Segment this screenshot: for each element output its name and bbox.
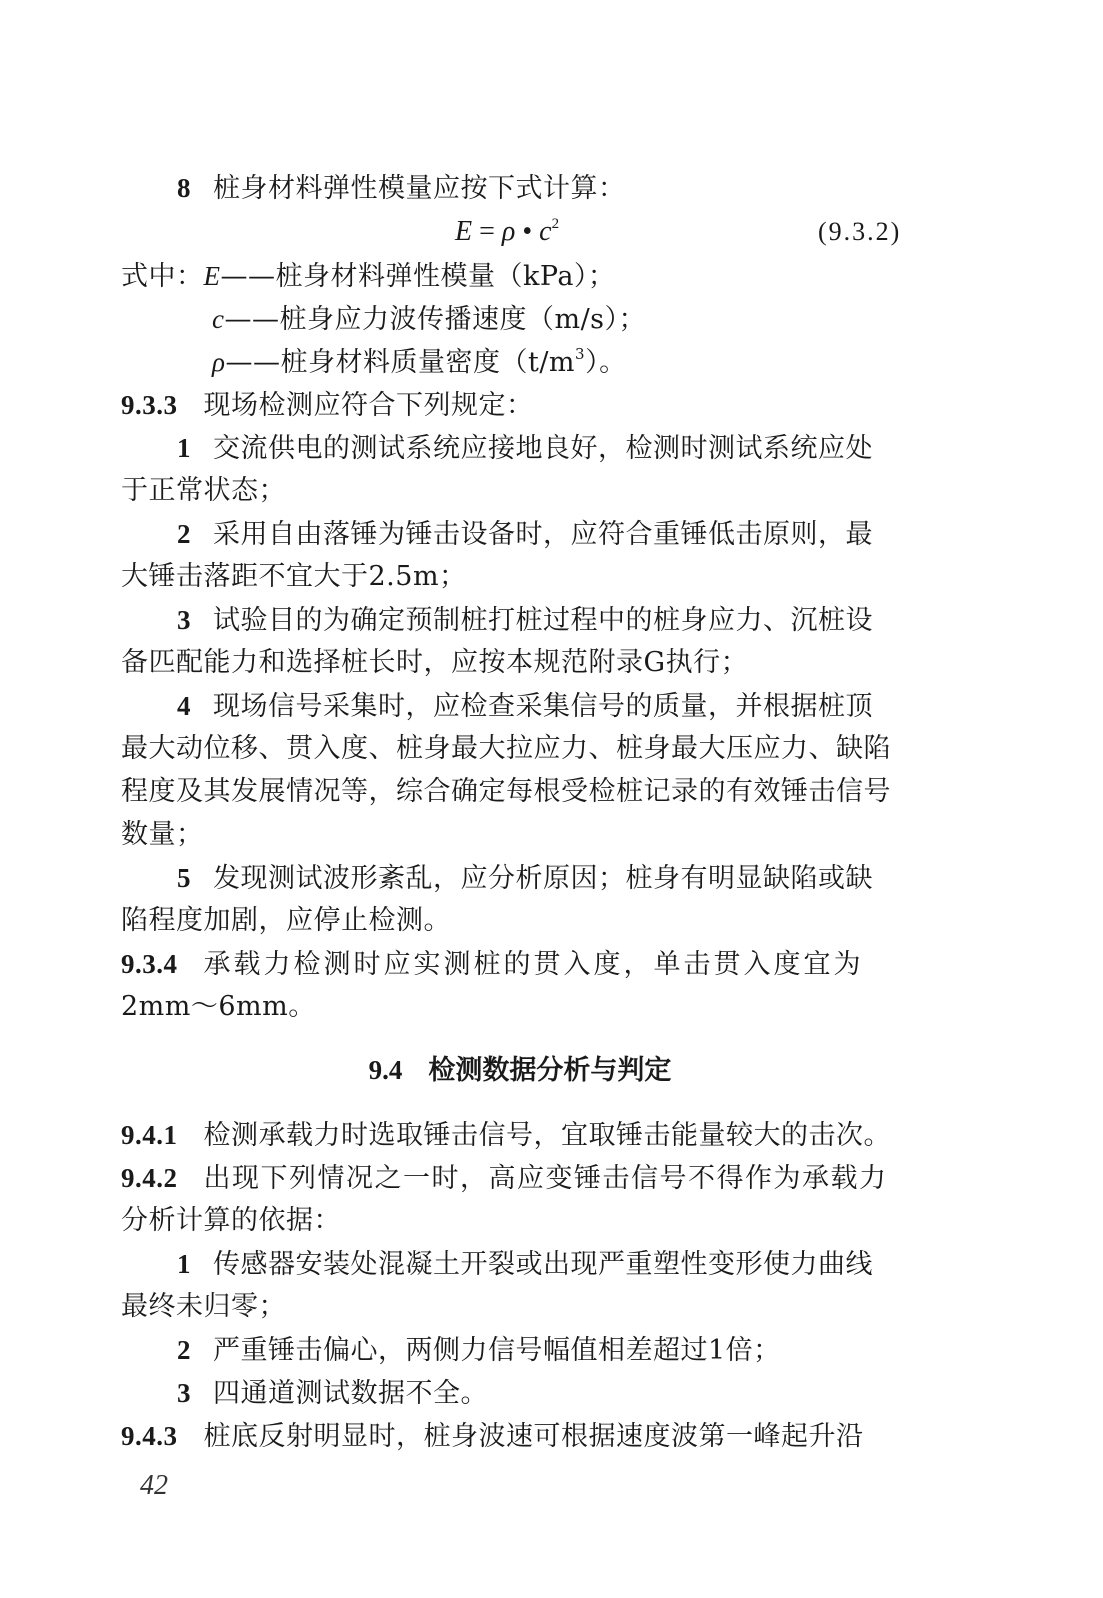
- def-text: ——桩身材料质量密度（t/m: [225, 347, 575, 378]
- where-def-c: c——桩身应力波传播速度（m/s）；: [212, 299, 1012, 340]
- s933-item-1-line2: 于正常状态；: [121, 471, 921, 511]
- s942-item-1-line2: 最终未归零；: [121, 1287, 921, 1327]
- s933-item-2-line1: 2采用自由落锤为锤击设备时，应符合重锤低击原则，最: [177, 514, 977, 555]
- item-text: 试验目的为确定预制桩打桩过程中的桩身应力、沉桩设: [213, 605, 873, 636]
- clause-number: 9.4.1: [121, 1120, 178, 1150]
- item-number: 5: [177, 863, 191, 893]
- section-title: 检测数据分析与判定: [428, 1055, 671, 1086]
- clause-9-4-2-line2: 分析计算的依据：: [121, 1201, 921, 1241]
- item-text: 交流供电的测试系统应接地良好，检测时测试系统应处: [213, 433, 873, 464]
- item-number: 3: [177, 605, 191, 635]
- clause-text: 桩底反射明显时，桩身波速可根据速度波第一峰起升沿: [204, 1421, 864, 1452]
- clause-number: 9.4.3: [121, 1421, 178, 1451]
- item-text: 现场信号采集时，应检查采集信号的质量，并根据桩顶: [213, 691, 873, 722]
- item-8: 8桩身材料弹性模量应按下式计算：: [177, 168, 977, 209]
- def-tail: ）。: [585, 347, 627, 378]
- s933-item-4-line4: 数量；: [121, 815, 921, 855]
- clause-9-3-4-line2: 2mm～6mm。: [121, 987, 921, 1027]
- s933-item-1-line1: 1交流供电的测试系统应接地良好，检测时测试系统应处: [177, 428, 977, 469]
- section-number: 9.4: [369, 1055, 403, 1085]
- item-number: 2: [177, 519, 191, 549]
- page-number: 42: [140, 1470, 168, 1502]
- s942-item-2: 2严重锤击偏心，两侧力信号幅值相差超过1倍；: [177, 1330, 977, 1371]
- item-text: 传感器安装处混凝土开裂或出现严重塑性变形使力曲线: [213, 1249, 873, 1280]
- clause-9-3-4: 9.3.4承载力检测时应实测桩的贯入度，单击贯入度宜为: [121, 944, 921, 985]
- item-number: 1: [177, 1249, 191, 1279]
- clause-number: 9.3.4: [121, 949, 178, 979]
- formula-rho: ρ: [502, 216, 515, 247]
- s942-item-1-line1: 1传感器安装处混凝土开裂或出现严重塑性变形使力曲线: [177, 1244, 977, 1285]
- s933-item-5-line2: 陷程度加剧，应停止检测。: [121, 901, 921, 941]
- s933-item-4-line3: 程度及其发展情况等，综合确定每根受检桩记录的有效锤击信号: [121, 772, 921, 812]
- item-number: 2: [177, 1335, 191, 1365]
- clause-text: 出现下列情况之一时，高应变锤击信号不得作为承载力: [204, 1163, 888, 1194]
- section-heading-9-4: 9.4检测数据分析与判定: [0, 1048, 1040, 1093]
- def-symbol: c: [212, 304, 224, 334]
- clause-number: 9.4.2: [121, 1163, 178, 1193]
- formula-equals: =: [472, 216, 502, 247]
- clause-number: 9.3.3: [121, 390, 178, 420]
- def-text: ——桩身材料弹性模量（kPa）；: [221, 261, 616, 292]
- s933-item-4-line2: 最大动位移、贯入度、桩身最大拉应力、桩身最大压应力、缺陷: [121, 729, 921, 769]
- where-def-rho: ρ——桩身材料质量密度（t/m3）。: [212, 342, 1012, 383]
- where-prefix: 式中：: [121, 261, 204, 292]
- clause-text: 承载力检测时应实测桩的贯入度，单击贯入度宜为: [204, 949, 864, 980]
- def-text: ——桩身应力波传播速度（m/s）；: [224, 304, 646, 335]
- formula-lhs: E: [455, 216, 472, 247]
- def-superscript: 3: [575, 345, 585, 363]
- clause-9-3-3: 9.3.3现场检测应符合下列规定：: [121, 385, 921, 426]
- s933-item-3-line2: 备匹配能力和选择桩长时，应按本规范附录G执行；: [121, 643, 921, 683]
- formula-exponent: 2: [552, 216, 560, 232]
- def-symbol: E: [204, 261, 221, 291]
- s942-item-3: 3四通道测试数据不全。: [177, 1373, 977, 1414]
- item-text: 采用自由落锤为锤击设备时，应符合重锤低击原则，最: [213, 519, 873, 550]
- formula-dot: •: [515, 216, 539, 247]
- clause-9-4-3: 9.4.3桩底反射明显时，桩身波速可根据速度波第一峰起升沿: [121, 1416, 921, 1457]
- formula: E = ρ • c2: [455, 210, 559, 254]
- item-text: 严重锤击偏心，两侧力信号幅值相差超过1倍；: [213, 1335, 781, 1366]
- s933-item-4-line1: 4现场信号采集时，应检查采集信号的质量，并根据桩顶: [177, 686, 977, 727]
- s933-item-5-line1: 5发现测试波形紊乱，应分析原因；桩身有明显缺陷或缺: [177, 858, 977, 899]
- item-text: 四通道测试数据不全。: [213, 1378, 488, 1409]
- clause-text: 检测承载力时选取锤击信号，宜取锤击能量较大的击次。: [204, 1120, 892, 1151]
- item-text: 发现测试波形紊乱，应分析原因；桩身有明显缺陷或缺: [213, 863, 873, 894]
- item-number: 1: [177, 433, 191, 463]
- clause-9-4-2: 9.4.2出现下列情况之一时，高应变锤击信号不得作为承载力: [121, 1158, 921, 1199]
- s933-item-3-line1: 3试验目的为确定预制桩打桩过程中的桩身应力、沉桩设: [177, 600, 977, 641]
- item-number: 8: [177, 173, 191, 203]
- s933-item-2-line2: 大锤击落距不宜大于2.5m；: [121, 557, 921, 597]
- clause-text: 现场检测应符合下列规定：: [204, 390, 534, 421]
- item-text: 桩身材料弹性模量应按下式计算：: [213, 173, 626, 204]
- item-number: 4: [177, 691, 191, 721]
- equation-number: (9.3.2): [818, 210, 901, 254]
- item-number: 3: [177, 1378, 191, 1408]
- where-def-E: 式中：E——桩身材料弹性模量（kPa）；: [121, 256, 921, 297]
- formula-c: c: [539, 216, 551, 247]
- clause-9-4-1: 9.4.1检测承载力时选取锤击信号，宜取锤击能量较大的击次。: [121, 1115, 921, 1156]
- def-symbol: ρ: [212, 347, 225, 377]
